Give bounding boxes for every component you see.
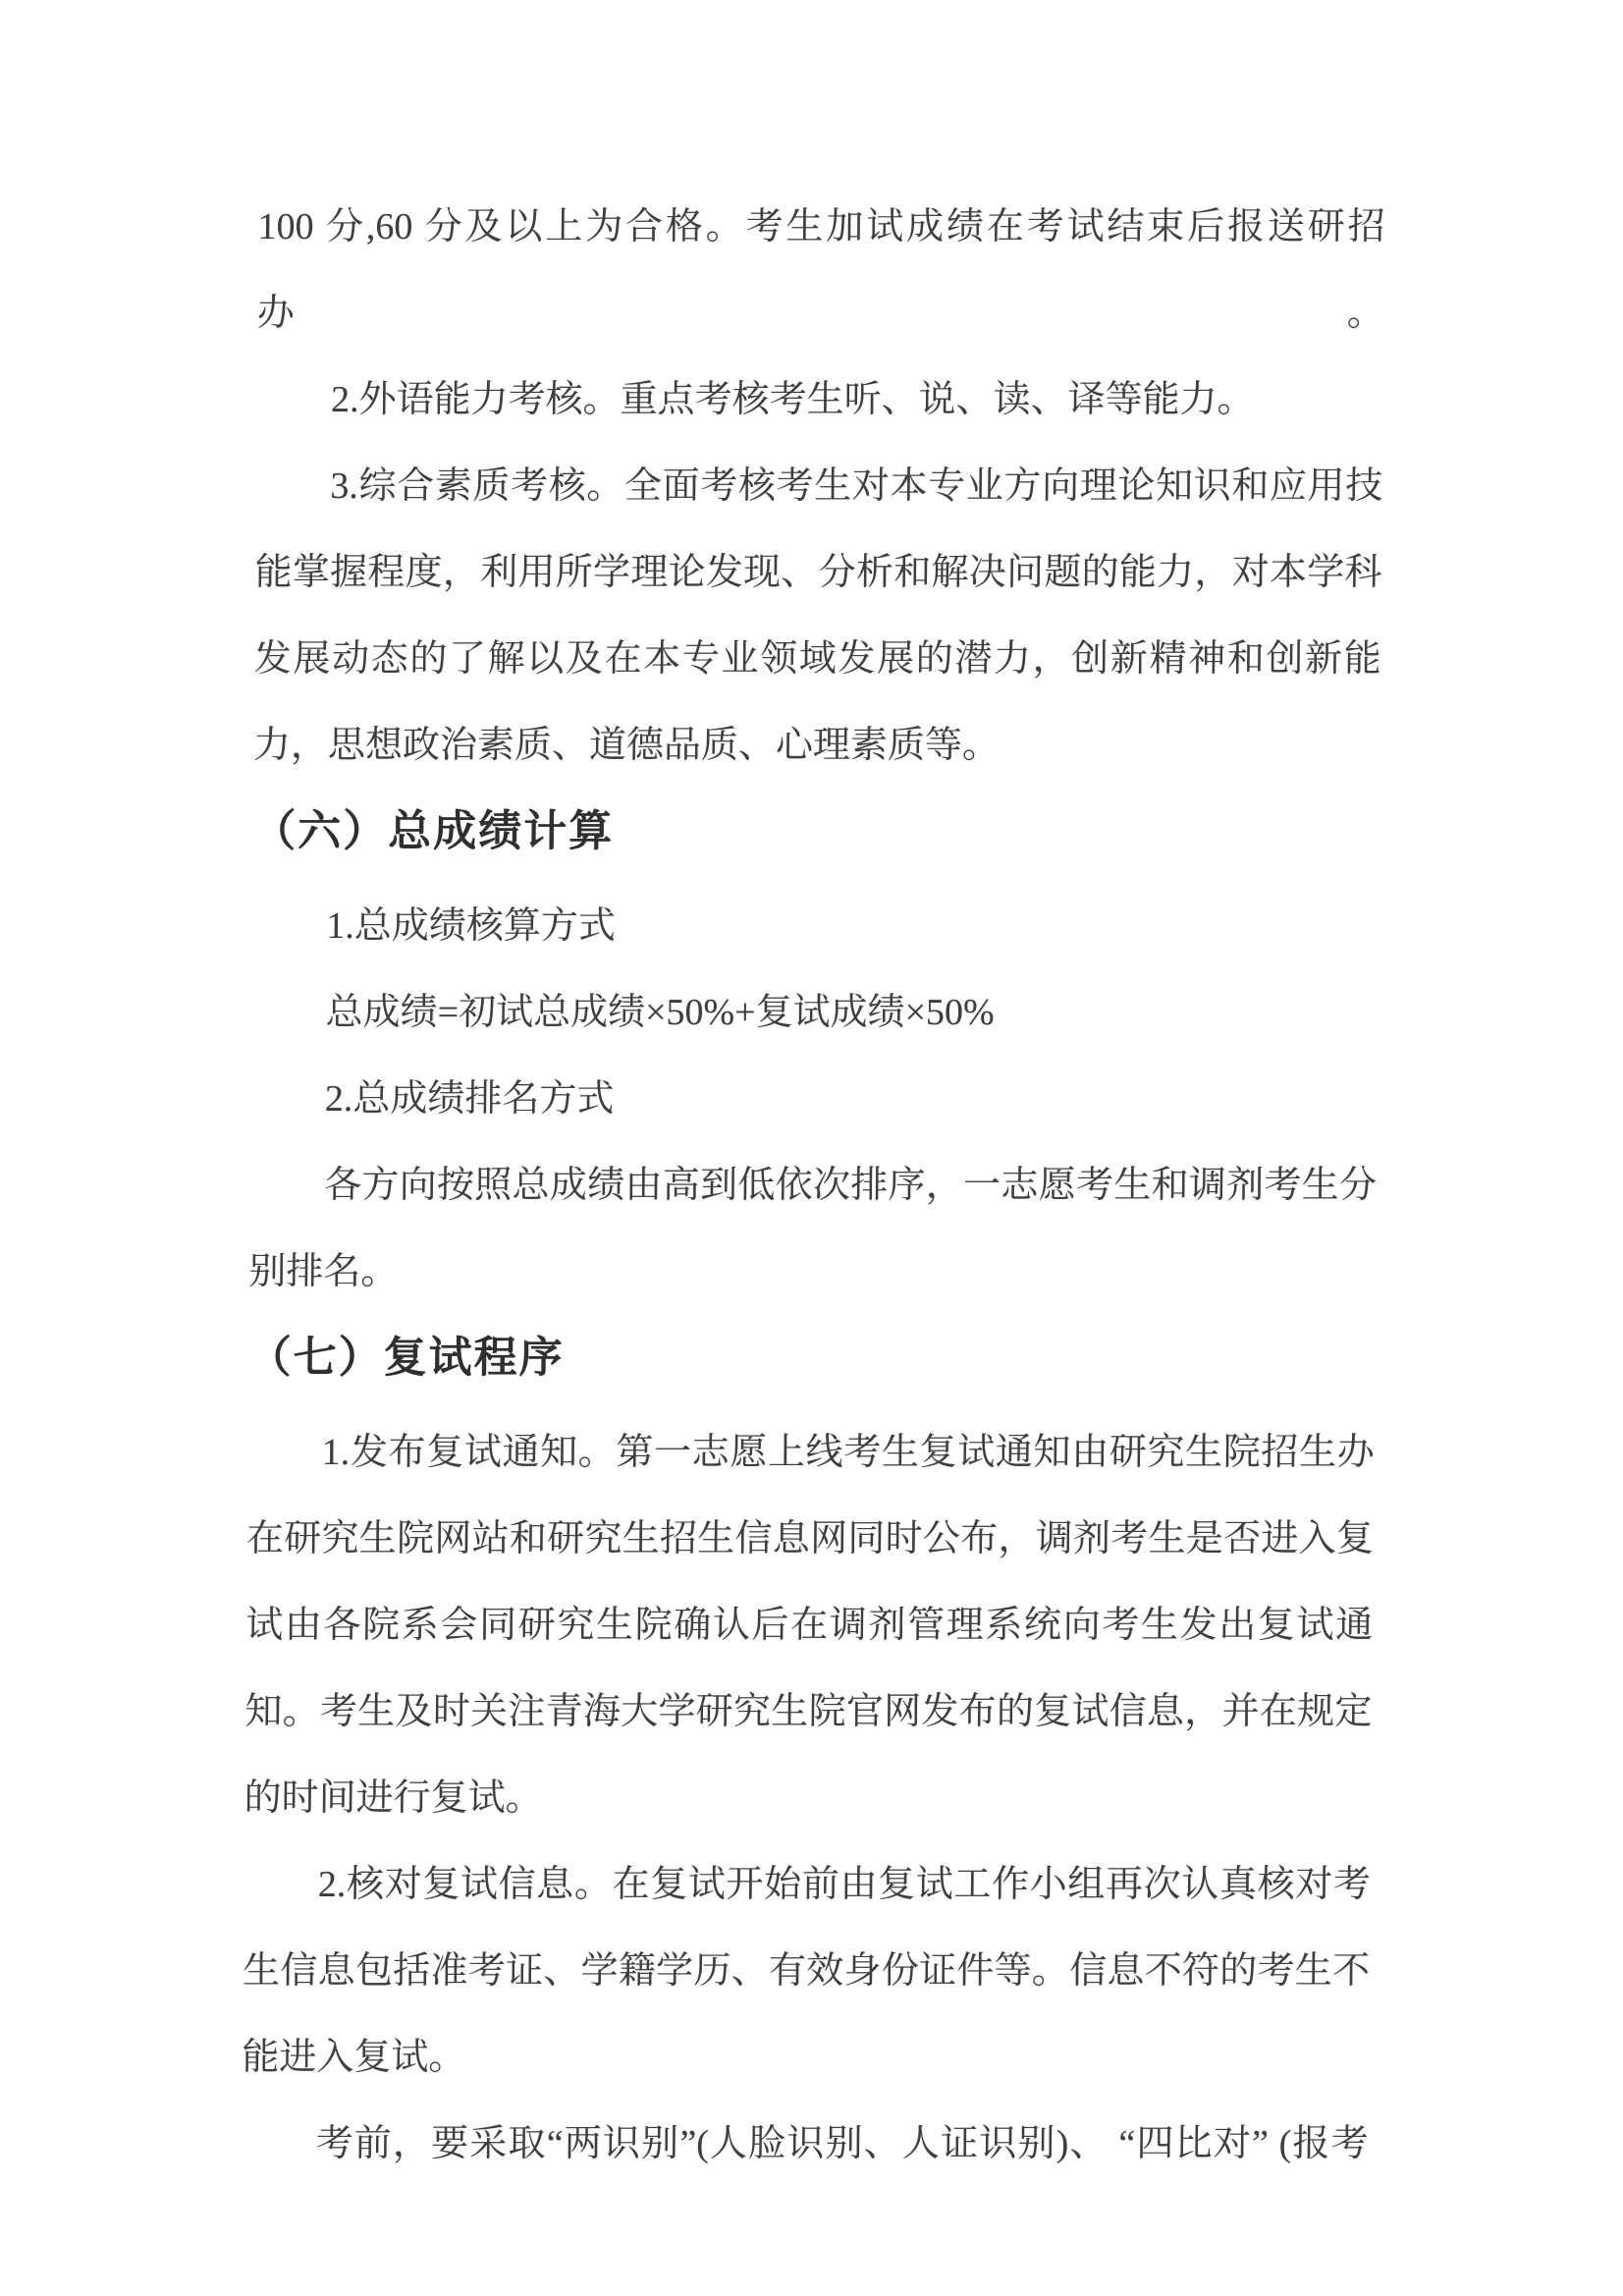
paragraph-line: 1.发布复试通知。第一志愿上线考生复试通知由研究生院招生办 [246, 1409, 1375, 1496]
paragraph-line: 发展动态的了解以及在本专业领域发展的潜力，创新精神和创新能 [253, 616, 1381, 702]
section-heading: （七）复试程序 [247, 1315, 1376, 1401]
paragraph-line: 能掌握程度，利用所学理论发现、分析和解决问题的能力，对本学科 [254, 529, 1382, 616]
paragraph-line: 2.总成绩排名方式 [249, 1056, 1378, 1142]
paragraph-line: 1.总成绩核算方式 [251, 883, 1380, 969]
paragraph-line: 3.综合素质考核。全面考核考生对本专业方向理论知识和应用技 [255, 443, 1383, 529]
document-page: 100 分,60 分及以上为合格。考生加试成绩在考试结束后报送研招办。 2.外语… [0, 0, 1623, 2296]
paragraph-line: 2.外语能力考核。重点考核考生听、说、读、译等能力。 [256, 356, 1384, 443]
document-text-block: 100 分,60 分及以上为合格。考生加试成绩在考试结束后报送研招办。 2.外语… [241, 184, 1385, 2187]
paragraph-line: 力，思想政治素质、道德品质、心理素质等。 [253, 702, 1381, 789]
section-heading: （六）总成绩计算 [252, 789, 1380, 875]
paragraph-line: 试由各院系会同研究生院确认后在调剂管理系统向考生发出复试通 [245, 1582, 1374, 1668]
paragraph-line: 的时间进行复试。 [243, 1755, 1372, 1841]
paragraph-line: 各方向按照总成绩由高到低依次排序，一志愿考生和调剂考生分 [249, 1142, 1378, 1229]
paragraph-line: 在研究生院网站和研究生招生信息网同时公布，调剂考生是否进入复 [246, 1496, 1375, 1582]
formula-line: 总成绩=初试总成绩×50%+复试成绩×50% [250, 969, 1379, 1056]
paragraph-line: 2.核对复试信息。在复试开始前由复试工作小组再次认真核对考 [243, 1841, 1372, 1928]
paragraph-line: 别排名。 [248, 1229, 1377, 1315]
paragraph-line: 考前，要采取“两识别”(人脸识别、人证识别)、 “四比对” (报考 [241, 2101, 1369, 2187]
paragraph-line: 100 分,60 分及以上为合格。考生加试成绩在考试结束后报送研招办。 [256, 184, 1385, 356]
paragraph-line: 知。考生及时关注青海大学研究生院官网发布的复试信息，并在规定 [244, 1668, 1373, 1755]
paragraph-line: 能进入复试。 [242, 2014, 1370, 2101]
paragraph-line: 生信息包括准考证、学籍学历、有效身份证件等。信息不符的考生不 [243, 1928, 1371, 2014]
